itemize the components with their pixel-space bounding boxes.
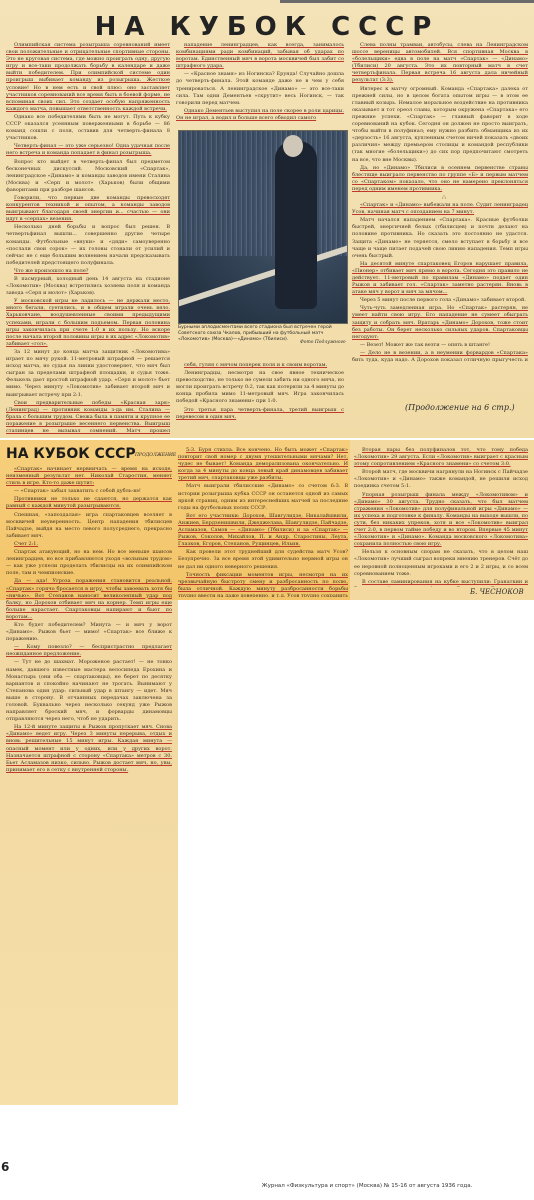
paragraph: Второй матч, где москвичи нагрянули на Н… [354, 469, 528, 490]
page-2-column-3: Вторая пары без полуфиналов тот, что том… [354, 447, 528, 587]
paragraph: — Тут не до шахмат. Мороженое растает! —… [6, 659, 172, 723]
paragraph: Матч выиграли тбилисские «Динамо» со сче… [178, 483, 348, 511]
headline-page-1: НА КУБОК СССР [0, 12, 534, 42]
paragraph: Интерес к матчу огромный. Команда «Спарт… [352, 86, 528, 164]
paragraph: Четверть-финал — это уже серьезно! Одна … [6, 143, 170, 157]
paragraph: Олимпийская система розыгрыша соревнован… [6, 42, 170, 113]
paragraph: «Спартак» и «Динамо» выбежали на поле. С… [352, 202, 528, 216]
paragraph: Противники не только не сдаются, но держ… [6, 496, 172, 510]
paragraph: На десятой минуте спартаковец Егоров нар… [352, 261, 528, 296]
paragraph: Чуть-чуть замедленная игра. Но «Спартак»… [352, 305, 528, 340]
paragraph: себя, гуляя с мячом поперек поля и к сво… [176, 362, 344, 369]
page-1-column-2-bottom: себя, гуляя с мячом поперек поля и к сво… [176, 362, 344, 422]
paragraph: Однако все победителями быть не могут. П… [6, 114, 170, 142]
source-caption: Журнал «Физкультура и спорт» (Москва) № … [0, 1183, 534, 1189]
paragraph: Спартак атакующий, но на нем. Но все мен… [6, 549, 172, 577]
paragraph: В составе ламинирования на кубке выступи… [354, 579, 528, 587]
photo-chkalov-at-stadium [178, 130, 348, 324]
paragraph: нападение ленинградцев, как всегда, зани… [176, 42, 344, 70]
paragraph: — Кому повезло? — беспристрастно предлаг… [6, 644, 172, 658]
paragraph: ∴ [352, 194, 528, 201]
paragraph: «Спартак» начинает нервничать — время на… [6, 466, 172, 487]
photo-credit: Фото Подлужного [300, 340, 346, 345]
paragraph: 5:3. Буря стихла. Все кончено. Но быть м… [178, 447, 348, 482]
paragraph: — «Спартак» забыл захватить с собой дубл… [6, 488, 172, 495]
paragraph: Слева полны трамваи, автобусы, слева на … [352, 42, 528, 85]
paragraph: — Везет! Может же так везти — опять в шт… [352, 342, 528, 349]
page-1-column-1: Олимпийская система розыгрыша соревнован… [6, 42, 170, 434]
paragraph: Свои предварительные победы «Красная зар… [6, 400, 170, 434]
paragraph: В пасмурный, холодный день 14 августа на… [6, 276, 170, 297]
paragraph: Что же произошло на поле? [6, 268, 170, 275]
paragraph: Спешная, «запоздалая» игра спартаковцев … [6, 512, 172, 540]
paragraph: Точность фиксации моментов игры, несмотр… [178, 572, 348, 597]
paragraph: Да — ада! Угроза поражения становится ре… [6, 578, 172, 621]
paragraph: Как провели этот труднейший для судейств… [178, 549, 348, 570]
paragraph: Через 5 минут после первого гола «Динамо… [352, 297, 528, 304]
page-1-column-2-top: нападение ленинградцев, как всегда, зани… [176, 42, 344, 122]
paragraph: На 12-й минуте защиты и Рыжов пропускает… [6, 724, 172, 774]
top-border [280, 0, 534, 3]
paragraph: Вопрос кто выйдет в четверть-финал был п… [6, 159, 170, 194]
paragraph: Вторая пары без полуфиналов тот, что том… [354, 447, 528, 468]
page-2-column-2: 5:3. Буря стихла. Все кончено. Но быть м… [178, 447, 348, 597]
headline-page-2: НА КУБОК СССР [6, 446, 136, 462]
paragraph: У московской игры не ладилось — не держа… [6, 298, 170, 348]
page-2-column-1: «Спартак» начинает нервничать — время на… [6, 466, 172, 1106]
paragraph: — «Красное знамя» из Ногинска? Ерунда! С… [176, 71, 344, 106]
paragraph: Это третья пара четверть-финала, третий … [176, 407, 344, 421]
author-signature: Б. ЧЕСНОКОВ [470, 588, 524, 596]
photo-figure [275, 141, 317, 309]
page-1-column-3: Слева полны трамваи, автобусы, слева на … [352, 42, 528, 362]
paragraph: Кто будет победителем? Минута — и мяч у … [6, 622, 172, 643]
paragraph: Однако Дементьев выступил на поле скорее… [176, 108, 344, 122]
page-number: 6 [1, 1160, 9, 1174]
paragraph: Несколько дней борьбы и вопрос был решен… [6, 224, 170, 267]
paragraph: Матч начался нападением «Спартака». Крас… [352, 217, 528, 260]
paragraph: За 12 минут до конца матча защитник «Лок… [6, 349, 170, 399]
paragraph: Нельзя к основным спорам не сказать, что… [354, 549, 528, 577]
photo-crowd [179, 131, 347, 256]
photo-figure-head [283, 135, 303, 157]
continuation-note: (Продолжение на 6 стр.) [405, 403, 515, 412]
paragraph: — Дело не в везении, а в неумении форвар… [352, 350, 528, 362]
paragraph: Да, но «Динамо» Тбилиси в осеннем первен… [352, 165, 528, 193]
paragraph: Упорная розыгрыш финала между «Локомотив… [354, 492, 528, 549]
headline-subtitle: ПРОДОЛЖЕНИЕ [135, 453, 176, 458]
paragraph: Вот его участники: Дорохов, Шавгулидзе, … [178, 513, 348, 548]
paragraph: Счет 2:1. [6, 541, 172, 548]
paragraph: Говорили, что первые две команды превосх… [6, 195, 170, 223]
paragraph: Ленинградцы, несмотря на свое явное техн… [176, 370, 344, 405]
